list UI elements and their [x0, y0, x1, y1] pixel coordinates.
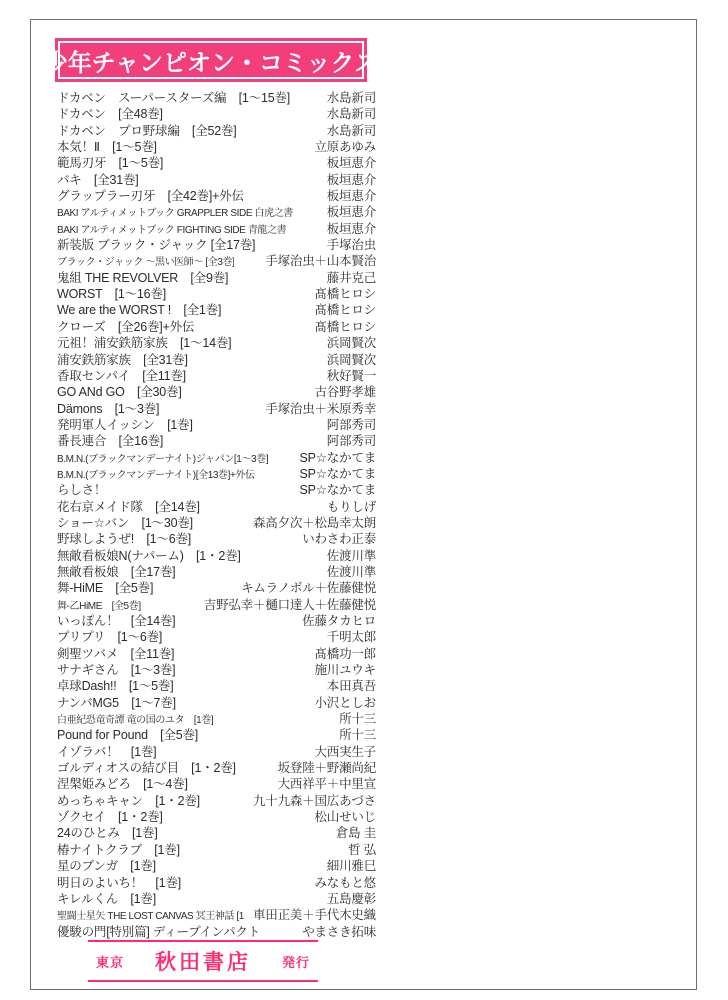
book-title: GO ANd GO [全30巻] — [57, 384, 182, 400]
book-title: 発明軍人イッシン [1巻] — [57, 417, 193, 433]
book-row: いっぽん！ [全14巻]佐藤タカヒロ — [57, 613, 376, 629]
book-row: 白亜紀恐竜奇譚 竜の国のユタ [1巻]所十三 — [57, 711, 376, 727]
book-author: 大西祥平＋中里宣 — [278, 776, 376, 792]
series-header-banner: 少年チャンピオン・コミックス — [55, 38, 367, 82]
book-row: 新装版 ブラック・ジャック [全17巻]手塚治虫 — [57, 237, 376, 253]
book-title: 元祖！浦安鉄筋家族 [1～14巻] — [57, 335, 231, 351]
book-row: WORST [1～16巻]髙橋ヒロシ — [57, 286, 376, 302]
book-author: 手塚治虫＋米原秀幸 — [265, 401, 376, 417]
book-author: 五島慶彰 — [327, 891, 376, 907]
book-row: 椿ナイトクラブ [1巻]哲 弘 — [57, 842, 376, 858]
book-row: B.M.N.(ブラックマンデーナイト)[全13巻]+外伝SP☆なかてま — [57, 466, 376, 482]
book-row: 野球しようぜ! [1～6巻]いわさわ正泰 — [57, 531, 376, 547]
book-row: ゴルディオスの結び目 [1・2巻]坂登陸＋野瀬尚紀 — [57, 760, 376, 776]
book-row: イゾラバ！ [1巻]大西実生子 — [57, 744, 376, 760]
book-list: ドカベン スーパースターズ編 [1～15巻]水島新司ドカベン [全48巻]水島新… — [57, 90, 376, 940]
book-title: めっちゃキャン [1・2巻] — [57, 793, 200, 809]
publisher-name: 秋田書店 — [155, 946, 251, 976]
book-author: 阿部秀司 — [327, 433, 376, 449]
book-author: 佐藤タカヒロ — [302, 613, 376, 629]
book-title: 野球しようぜ! [1～6巻] — [57, 531, 191, 547]
publisher-footer: 東京 秋田書店 発行 — [88, 940, 318, 982]
book-row: ドカベン プロ野球編 [全52巻]水島新司 — [57, 123, 376, 139]
book-row: 花右京メイド隊 [全14巻]もりしげ — [57, 499, 376, 515]
book-author: 千明太郎 — [327, 629, 376, 645]
book-author: 九十九森＋国広あづさ — [253, 793, 376, 809]
book-row: 番長連合 [全16巻]阿部秀司 — [57, 433, 376, 449]
book-row: 涅槃姫みどろ [1～4巻]大西祥平＋中里宣 — [57, 776, 376, 792]
book-author: 板垣恵介 — [327, 155, 376, 171]
book-row: 無敵看板娘N(ナパーム) [1・2巻]佐渡川準 — [57, 548, 376, 564]
book-title: キレルくん [1巻] — [57, 891, 156, 907]
book-author: 板垣恵介 — [327, 172, 376, 188]
book-title: 剣聖ツバメ [全11巻] — [57, 646, 174, 662]
book-author: 佐渡川準 — [327, 564, 376, 580]
book-title: ドカベン プロ野球編 [全52巻] — [57, 123, 237, 139]
book-title: 番長連合 [全16巻] — [57, 433, 163, 449]
book-author: 本田真吾 — [327, 678, 376, 694]
book-row: ドカベン [全48巻]水島新司 — [57, 106, 376, 122]
book-row: GO ANd GO [全30巻]古谷野孝雄 — [57, 384, 376, 400]
book-row: 元祖！浦安鉄筋家族 [1～14巻]浜岡賢次 — [57, 335, 376, 351]
book-title: 香取センパイ [全11巻] — [57, 368, 186, 384]
book-row: クローズ [全26巻]+外伝髙橋ヒロシ — [57, 319, 376, 335]
book-title: 本気！Ⅱ [1～5巻] — [57, 139, 157, 155]
book-title: 鬼組 THE REVOLVER [全9巻] — [57, 270, 228, 286]
book-title: サナギさん [1～3巻] — [57, 662, 175, 678]
book-author: 髙橋ヒロシ — [314, 286, 376, 302]
book-row: プリプリ [1～6巻]千明太郎 — [57, 629, 376, 645]
book-title: ゾクセイ [1・2巻] — [57, 809, 163, 825]
book-title: 浦安鉄筋家族 [全31巻] — [57, 352, 188, 368]
book-row: Pound for Pound [全5巻]所十三 — [57, 727, 376, 743]
book-row: 発明軍人イッシン [1巻]阿部秀司 — [57, 417, 376, 433]
book-author: 浜岡賢次 — [327, 352, 376, 368]
book-row: ブラック・ジャック ～黒い医師～ [全3巻]手塚治虫＋山本賢治 — [57, 253, 376, 269]
book-author: 水島新司 — [327, 123, 376, 139]
book-row: 香取センパイ [全11巻]秋好賢一 — [57, 368, 376, 384]
book-row: ショー☆バン [1～30巻]森高夕次＋松島幸太朗 — [57, 515, 376, 531]
book-author: 車田正美＋手代木史織 — [253, 907, 376, 923]
book-row: キレルくん [1巻]五島慶彰 — [57, 891, 376, 907]
publisher-label: 発行 — [282, 952, 310, 971]
book-title: クローズ [全26巻]+外伝 — [57, 319, 194, 335]
book-title: バキ [全31巻] — [57, 172, 139, 188]
book-row: We are the WORST ! [全1巻]髙橋ヒロシ — [57, 302, 376, 318]
publisher-city: 東京 — [96, 952, 124, 971]
book-row: 舞-乙HiME [全5巻]吉野弘幸＋樋口達人＋佐藤健悦 — [57, 597, 376, 613]
book-title: ゴルディオスの結び目 [1・2巻] — [57, 760, 236, 776]
book-author: 髙橋功一郎 — [314, 646, 376, 662]
book-row: サナギさん [1～3巻]施川ユウキ — [57, 662, 376, 678]
book-author: 板垣恵介 — [327, 221, 376, 237]
book-row: 24のひとみ [1巻]倉島 圭 — [57, 825, 376, 841]
book-title: Pound for Pound [全5巻] — [57, 727, 198, 743]
book-row: 卓球Dash!! [1～5巻]本田真吾 — [57, 678, 376, 694]
book-author: 所十三 — [339, 711, 376, 727]
book-author: 立原あゆみ — [314, 139, 376, 155]
book-row: BAKI アルティメットブック GRAPPLER SIDE 白虎之書板垣恵介 — [57, 204, 376, 220]
book-title: ドカベン スーパースターズ編 [1～15巻] — [57, 90, 290, 106]
book-title: 卓球Dash!! [1～5巻] — [57, 678, 173, 694]
book-author: SP☆なかてま — [300, 466, 376, 482]
book-title: WORST [1～16巻] — [57, 286, 166, 302]
book-title: B.M.N.(ブラックマンデーナイト)ジャパン[1～3巻] — [57, 452, 268, 468]
book-title: Dämons [1～3巻] — [57, 401, 159, 417]
book-author: 水島新司 — [327, 106, 376, 122]
book-row: めっちゃキャン [1・2巻]九十九森＋国広あづさ — [57, 793, 376, 809]
book-author: 施川ユウキ — [314, 662, 376, 678]
book-title: ショー☆バン [1～30巻] — [57, 515, 193, 531]
book-row: 剣聖ツバメ [全11巻]髙橋功一郎 — [57, 646, 376, 662]
book-author: 浜岡賢次 — [327, 335, 376, 351]
book-author: 阿部秀司 — [327, 417, 376, 433]
book-title: 舞-HiME [全5巻] — [57, 580, 153, 596]
book-row: ナンバMG5 [1～7巻]小沢としお — [57, 695, 376, 711]
book-row: 星のブンガ [1巻]細川雅巳 — [57, 858, 376, 874]
book-list-page: 少年チャンピオン・コミックス ドカベン スーパースターズ編 [1～15巻]水島新… — [0, 0, 728, 1000]
book-author: もりしげ — [327, 499, 376, 515]
book-author: 所十三 — [339, 727, 376, 743]
book-row: B.M.N.(ブラックマンデーナイト)ジャパン[1～3巻]SP☆なかてま — [57, 450, 376, 466]
book-author: 板垣恵介 — [327, 204, 376, 220]
book-title: 新装版 ブラック・ジャック [全17巻] — [57, 237, 255, 253]
book-author: やまさき拓味 — [302, 924, 376, 940]
book-title: いっぽん！ [全14巻] — [57, 613, 175, 629]
book-title: グラップラー刃牙 [全42巻]+外伝 — [57, 188, 244, 204]
book-author: みなもと悠 — [314, 875, 376, 891]
book-author: 森高夕次＋松島幸太朗 — [253, 515, 376, 531]
book-author: SP☆なかてま — [300, 482, 376, 498]
book-row: バキ [全31巻]板垣恵介 — [57, 172, 376, 188]
book-row: らしさ！SP☆なかてま — [57, 482, 376, 498]
book-row: BAKI アルティメットブック FIGHTING SIDE 青龍之書板垣恵介 — [57, 221, 376, 237]
book-title: ドカベン [全48巻] — [57, 106, 163, 122]
book-author: 細川雅巳 — [327, 858, 376, 874]
book-author: 大西実生子 — [314, 744, 376, 760]
book-title: プリプリ [1～6巻] — [57, 629, 162, 645]
book-author: 佐渡川準 — [327, 548, 376, 564]
book-author: 倉島 圭 — [336, 825, 376, 841]
book-author: 手塚治虫 — [327, 237, 376, 253]
book-title: 椿ナイトクラブ [1巻] — [57, 842, 180, 858]
book-author: 吉野弘幸＋樋口達人＋佐藤健悦 — [204, 597, 376, 613]
book-title: らしさ！ — [57, 482, 106, 498]
book-row: 本気！Ⅱ [1～5巻]立原あゆみ — [57, 139, 376, 155]
book-title: 星のブンガ [1巻] — [57, 858, 156, 874]
book-title: We are the WORST ! [全1巻] — [57, 302, 221, 318]
book-row: Dämons [1～3巻]手塚治虫＋米原秀幸 — [57, 401, 376, 417]
book-title: 24のひとみ [1巻] — [57, 825, 158, 841]
book-row: ドカベン スーパースターズ編 [1～15巻]水島新司 — [57, 90, 376, 106]
book-row: 舞-HiME [全5巻]キムラノボル＋佐藤健悦 — [57, 580, 376, 596]
book-row: 優駿の門[特別篇] ディープインパクトやまさき拓味 — [57, 924, 376, 940]
book-title: 無敵看板娘 [全17巻] — [57, 564, 175, 580]
book-row: 明日のよいち！ [1巻]みなもと悠 — [57, 875, 376, 891]
book-title: 明日のよいち！ [1巻] — [57, 875, 181, 891]
book-author: 手塚治虫＋山本賢治 — [265, 253, 376, 269]
book-author: 秋好賢一 — [327, 368, 376, 384]
book-author: 哲 弘 — [348, 842, 376, 858]
book-title: 涅槃姫みどろ [1～4巻] — [57, 776, 188, 792]
book-author: 髙橋ヒロシ — [314, 319, 376, 335]
book-row: 鬼組 THE REVOLVER [全9巻]藤井克己 — [57, 270, 376, 286]
book-author: いわさわ正泰 — [302, 531, 376, 547]
book-title: 花右京メイド隊 [全14巻] — [57, 499, 200, 515]
book-title: 無敵看板娘N(ナパーム) [1・2巻] — [57, 548, 241, 564]
book-author: 小沢としお — [314, 695, 376, 711]
book-row: グラップラー刃牙 [全42巻]+外伝板垣恵介 — [57, 188, 376, 204]
book-title: 範馬刃牙 [1～5巻] — [57, 155, 163, 171]
book-author: キムラノボル＋佐藤健悦 — [241, 580, 376, 596]
book-author: SP☆なかてま — [300, 450, 376, 466]
book-row: ゾクセイ [1・2巻]松山せいじ — [57, 809, 376, 825]
book-row: 範馬刃牙 [1～5巻]板垣恵介 — [57, 155, 376, 171]
book-row: 浦安鉄筋家族 [全31巻]浜岡賢次 — [57, 352, 376, 368]
book-row: 聖闘士星矢 THE LOST CANVAS 冥王神話 [1巻]車田正美＋手代木史… — [57, 907, 376, 923]
series-title: 少年チャンピオン・コミックス — [60, 43, 362, 77]
book-author: 松山せいじ — [314, 809, 376, 825]
book-row: 無敵看板娘 [全17巻]佐渡川準 — [57, 564, 376, 580]
book-author: 坂登陸＋野瀬尚紀 — [278, 760, 376, 776]
book-title: BAKI アルティメットブック GRAPPLER SIDE 白虎之書 — [57, 206, 293, 222]
book-author: 水島新司 — [327, 90, 376, 106]
book-title: 優駿の門[特別篇] ディープインパクト — [57, 924, 260, 940]
book-author: 藤井克己 — [327, 270, 376, 286]
book-author: 板垣恵介 — [327, 188, 376, 204]
book-author: 古谷野孝雄 — [314, 384, 376, 400]
book-title: イゾラバ！ [1巻] — [57, 744, 156, 760]
book-title: ナンバMG5 [1～7巻] — [57, 695, 176, 711]
book-author: 髙橋ヒロシ — [314, 302, 376, 318]
